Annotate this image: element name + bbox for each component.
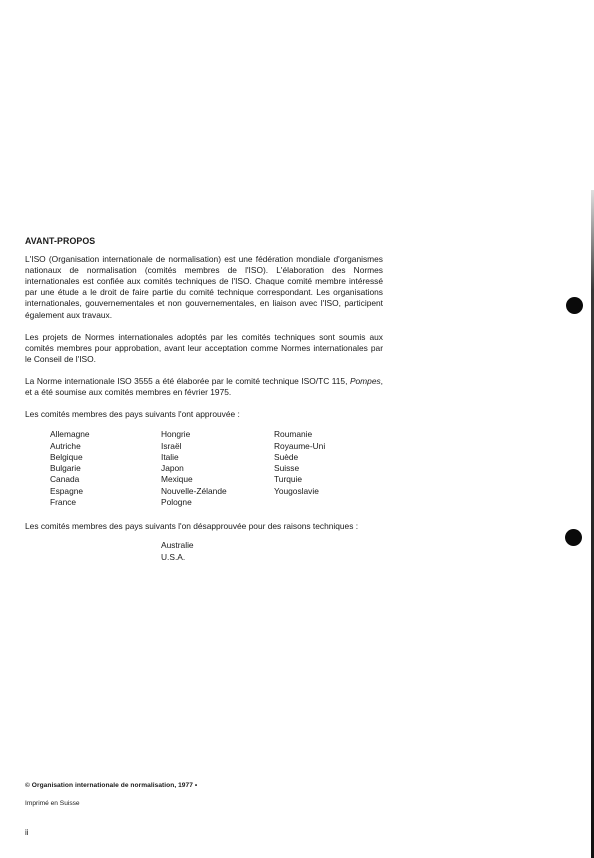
- section-heading: AVANT-PROPOS: [25, 236, 383, 247]
- country-item: Royaume-Uni: [274, 441, 325, 452]
- country-item: Roumanie: [274, 429, 325, 440]
- country-item: Canada: [50, 474, 90, 485]
- approved-column-2: Hongrie Israël Italie Japon Mexique Nouv…: [161, 429, 227, 508]
- country-item: Bulgarie: [50, 463, 90, 474]
- country-item: Suisse: [274, 463, 325, 474]
- paragraph-iso-intro: L'ISO (Organisation internationale de no…: [25, 254, 383, 321]
- country-item: Hongrie: [161, 429, 227, 440]
- disapproved-countries-list: Australie U.S.A.: [161, 540, 383, 563]
- country-item: Turquie: [274, 474, 325, 485]
- copyright-notice: © Organisation internationale de normali…: [25, 781, 197, 790]
- country-item: Allemagne: [50, 429, 90, 440]
- disapproved-intro: Les comités membres des pays suivants l'…: [25, 521, 383, 532]
- paragraph-draft-approval: Les projets de Normes internationales ad…: [25, 332, 383, 365]
- printed-in-notice: Imprimé en Suisse: [25, 799, 197, 808]
- country-item: Japon: [161, 463, 227, 474]
- punch-hole-bottom: [565, 529, 582, 546]
- country-item: Autriche: [50, 441, 90, 452]
- country-item: Suède: [274, 452, 325, 463]
- document-page: { "foreword": { "heading": "AVANT-PROPOS…: [0, 0, 594, 858]
- country-item: Australie: [161, 540, 383, 552]
- approved-intro: Les comités membres des pays suivants l'…: [25, 409, 383, 420]
- country-item: Nouvelle-Zélande: [161, 486, 227, 497]
- page-number: ii: [25, 828, 29, 837]
- country-item: Yougoslavie: [274, 486, 325, 497]
- country-item: France: [50, 497, 90, 508]
- committee-name-italic: Pompes: [350, 376, 381, 386]
- approved-column-1: Allemagne Autriche Belgique Bulgarie Can…: [50, 429, 90, 508]
- country-item: Belgique: [50, 452, 90, 463]
- foreword-section: AVANT-PROPOS L'ISO (Organisation interna…: [25, 236, 383, 563]
- punch-hole-top: [566, 297, 583, 314]
- country-item: Pologne: [161, 497, 227, 508]
- page-footer: © Organisation internationale de normali…: [25, 781, 197, 808]
- country-item: Israël: [161, 441, 227, 452]
- standard-text-before: La Norme internationale ISO 3555 a été é…: [25, 376, 350, 386]
- approved-countries-list: Allemagne Autriche Belgique Bulgarie Can…: [25, 429, 383, 509]
- country-item: U.S.A.: [161, 552, 383, 564]
- paragraph-standard-origin: La Norme internationale ISO 3555 a été é…: [25, 376, 383, 398]
- country-item: Mexique: [161, 474, 227, 485]
- country-item: Italie: [161, 452, 227, 463]
- approved-column-3: Roumanie Royaume-Uni Suède Suisse Turqui…: [274, 429, 325, 497]
- country-item: Espagne: [50, 486, 90, 497]
